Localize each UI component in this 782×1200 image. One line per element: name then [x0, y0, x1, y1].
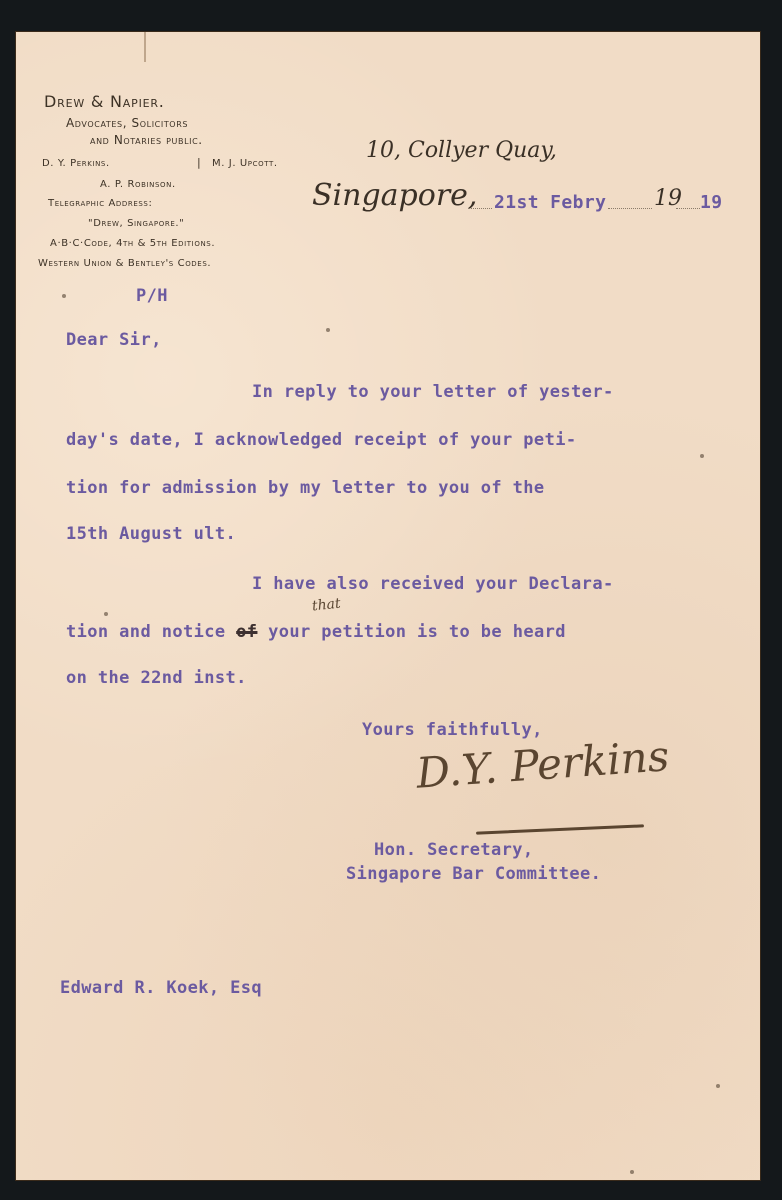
firm-name: Drew & Napier.: [44, 92, 165, 111]
handwritten-signature: D.Y. Perkins: [415, 731, 671, 798]
paragraph2-line1: I have also received your Declara-: [252, 574, 614, 594]
paragraph1-line2: day's date, I acknowledged receipt of yo…: [66, 430, 576, 450]
paper-speck: [326, 328, 330, 332]
date-line: 21st Febry 19 19: [468, 190, 726, 214]
paper-speck: [62, 294, 66, 298]
code-line2: Western Union & Bentley's Codes.: [38, 258, 211, 269]
year-suffix: 19: [700, 192, 722, 213]
paper-speck: [104, 612, 108, 616]
paragraph1-line3: tion for admission by my letter to you o…: [66, 478, 545, 498]
paper-mark: [144, 32, 146, 62]
paragraph2-line2-end: your petition is to be heard: [268, 622, 566, 642]
struck-word: of: [236, 622, 257, 642]
addressee: Edward R. Koek, Esq: [60, 978, 262, 998]
paper-speck: [630, 1170, 634, 1174]
handwritten-correction: that: [311, 596, 341, 615]
signature-underline: [476, 824, 644, 834]
firm-description-line1: Advocates, Solicitors: [66, 116, 188, 130]
paragraph2-line2-start: tion and notice: [66, 622, 226, 642]
paragraph1-line4: 15th August ult.: [66, 524, 236, 544]
firm-description-line2: and Notaries public.: [90, 133, 203, 147]
street-address: 10, Collyer Quay,: [366, 138, 557, 163]
telegraphic-label: Telegraphic Address:: [48, 198, 152, 209]
date-leader-dots: [608, 208, 652, 209]
signatory-title-line2: Singapore Bar Committee.: [346, 864, 601, 884]
partner-right: M. J. Upcott.: [212, 158, 278, 169]
reference-code: P/H: [136, 286, 168, 306]
closing: Yours faithfully,: [362, 720, 543, 740]
salutation: Dear Sir,: [66, 330, 162, 350]
telegraphic-value: "Drew, Singapore.": [88, 218, 184, 229]
paragraph2-line3: on the 22nd inst.: [66, 668, 247, 688]
paragraph1-line1: In reply to your letter of yester-: [252, 382, 614, 402]
signatory-title-line1: Hon. Secretary,: [374, 840, 534, 860]
date-leader-dots: [676, 208, 700, 209]
date-leader-dots: [468, 208, 492, 209]
partner-separator: |: [197, 156, 201, 169]
paragraph2-line2: tion and notice of your petition is to b…: [66, 622, 566, 642]
code-line1: A·B·C·Code, 4th & 5th Editions.: [50, 238, 215, 249]
paper-speck: [700, 454, 704, 458]
partner-center: A. P. Robinson.: [100, 179, 176, 190]
city: Singapore,: [312, 178, 477, 213]
partner-left: D. Y. Perkins.: [42, 158, 110, 169]
date-typed: 21st Febry: [494, 192, 606, 213]
letter-paper: Drew & Napier. Advocates, Solicitors and…: [16, 32, 760, 1180]
paper-speck: [716, 1084, 720, 1088]
